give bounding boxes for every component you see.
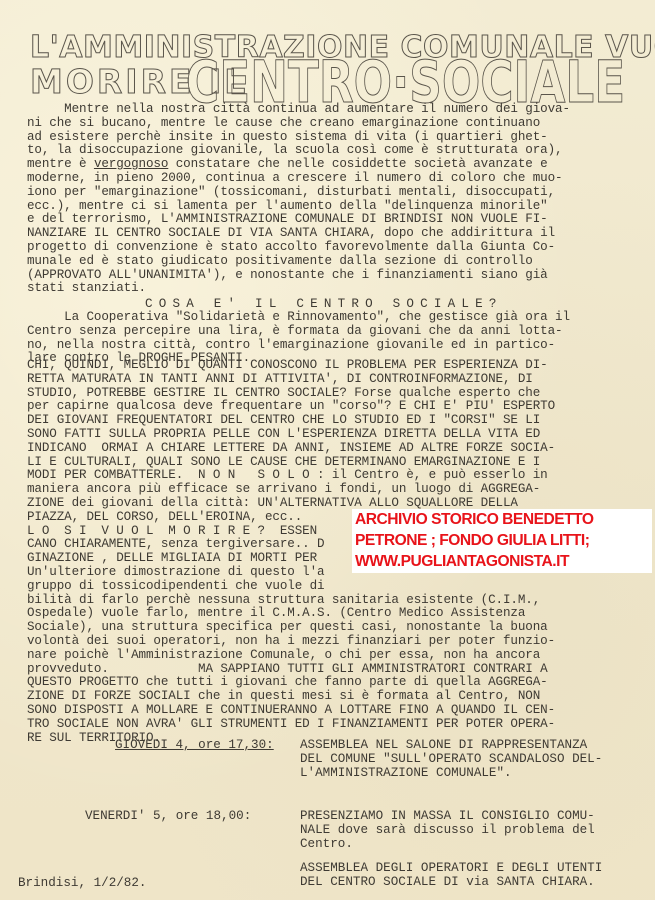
text-line: L'AMMINISTRAZIONE COMUNALE". bbox=[300, 767, 602, 781]
text-line: Centro senza percepire una lira, è forma… bbox=[27, 325, 637, 339]
text-line: PETRONE ; FONDO GIULIA LITTI; bbox=[355, 530, 652, 551]
text-line: per capirne qualcosa deve frequentare un… bbox=[27, 400, 637, 414]
text-line: Sociale), una struttura specifica per qu… bbox=[27, 621, 637, 635]
intro-paragraph: Mentre nella nostra città continua ad au… bbox=[27, 103, 637, 296]
text-line: La Cooperativa "Solidarietà e Rinnovamen… bbox=[27, 311, 637, 325]
text-line: ASSEMBLEA DEGLI OPERATORI E DEGLI UTENTI bbox=[300, 862, 602, 876]
text-line: CHI, QUINDI, MEGLIO DI QUANTI CONOSCONO … bbox=[27, 359, 637, 373]
text-line: TRO SOCIALE NON AVRA' GLI STRUMENTI ED I… bbox=[27, 718, 637, 732]
text-line: nare poichè l'Amministrazione Comunale, … bbox=[27, 649, 637, 663]
text-line: stati stanziati. bbox=[27, 282, 637, 296]
text-line: ASSEMBLEA NEL SALONE DI RAPPRESENTANZA bbox=[300, 739, 602, 753]
text-line: progetto di convenzione è stato accolto … bbox=[27, 241, 637, 255]
text-line: no, nella nostra città, contro l'emargin… bbox=[27, 339, 637, 353]
underlined-word: vergognoso bbox=[94, 157, 168, 171]
event-3-description: ASSEMBLEA DEGLI OPERATORI E DEGLI UTENTI… bbox=[300, 862, 602, 890]
signoff-date: Brindisi, 1/2/82. bbox=[18, 876, 146, 890]
text-line: to, la disoccupazione giovanile, la scuo… bbox=[27, 144, 637, 158]
text-line: RETTA MATURATA IN TANTI ANNI DI ATTIVITA… bbox=[27, 373, 637, 387]
text-line: MODI PER COMBATTERLE. N O N S O L O : il… bbox=[27, 469, 637, 483]
text-line: munale ed è stato giudicato positivament… bbox=[27, 255, 637, 269]
text-line: moderne, in pieno 2000, continua a cresc… bbox=[27, 172, 637, 186]
text-line: ARCHIVIO STORICO BENEDETTO bbox=[355, 509, 652, 530]
text-line: DEL CENTRO SOCIALE DI via SANTA CHIARA. bbox=[300, 876, 602, 890]
event-2-description: PRESENZIAMO IN MASSA IL CONSIGLIO COMU-N… bbox=[300, 810, 595, 851]
text-line: PRESENZIAMO IN MASSA IL CONSIGLIO COMU- bbox=[300, 810, 595, 824]
text-line: Centro. bbox=[300, 838, 595, 852]
text-line: LI E CULTURALI, QUALI SONO LE CAUSE CHE … bbox=[27, 456, 637, 470]
text-line: ni che si bucano, mentre le cause che cr… bbox=[27, 117, 637, 131]
text-line: bilità di farlo perchè nessuna struttura… bbox=[27, 594, 637, 608]
text-line: e del terrorismo, L'AMMINISTRAZIONE COMU… bbox=[27, 213, 637, 227]
text-line: Mentre nella nostra città continua ad au… bbox=[27, 103, 637, 117]
text-line: iono per "emarginazione" (tossicomani, d… bbox=[27, 186, 637, 200]
text-line: NANZIARE IL CENTRO SOCIALE DI VIA SANTA … bbox=[27, 227, 637, 241]
text-line: STUDIO, POTREBBE GESTIRE IL CENTRO SOCIA… bbox=[27, 387, 637, 401]
text-line: ZIONE DI FORZE SOCIALI che in questi mes… bbox=[27, 690, 637, 704]
text-line: gruppo di tossicodipendenti che vuole di bbox=[27, 580, 637, 594]
text-line: Ospedale) vuole farlo, mentre il C.M.A.S… bbox=[27, 607, 637, 621]
text-line: WWW.PUGLIANTAGONISTA.IT bbox=[355, 551, 652, 572]
text-line: DEI GIOVANI FREQUENTATORI DEL CENTRO CHE… bbox=[27, 414, 637, 428]
text-line: volontà dei suoi operatori, non ha i mez… bbox=[27, 635, 637, 649]
text-line: QUESTO PROGETTO che tutti i giovani che … bbox=[27, 676, 637, 690]
text-line: SONO DISPOSTI A MOLLARE E CONTINUERANNO … bbox=[27, 704, 637, 718]
text-line: maniera ancora più efficace se arrivano … bbox=[27, 483, 637, 497]
text-line: mentre è vergognoso constatare che nelle… bbox=[27, 158, 637, 172]
event-1-description: ASSEMBLEA NEL SALONE DI RAPPRESENTANZADE… bbox=[300, 739, 602, 780]
event-2-when: VENERDI' 5, ore 18,00: bbox=[85, 810, 251, 824]
text-line: provveduto. MA SAPPIANO TUTTI GLI AMMINI… bbox=[27, 663, 637, 677]
text-line: (APPROVATO ALL'UNANIMITA'), e nonostante… bbox=[27, 269, 637, 283]
event-1-when: GIOVEDI 4, ore 17,30: bbox=[115, 739, 274, 753]
archive-watermark: ARCHIVIO STORICO BENEDETTOPETRONE ; FOND… bbox=[352, 509, 652, 573]
section-title: COSA E' IL CENTRO SOCIALE? bbox=[145, 297, 503, 311]
text-line: NALE dove sarà discusso il problema del bbox=[300, 824, 595, 838]
text-line: ecc.), mentre ci si lamenta per l'aument… bbox=[27, 200, 637, 214]
text-line: ad esistere perchè insite in questo sist… bbox=[27, 131, 637, 145]
text-line: INDICANO ORMAI A CHIARE LETTERE DA ANNI,… bbox=[27, 442, 637, 456]
text-line: SONO FATTI SULLA PROPRIA PELLE CON L'ESP… bbox=[27, 428, 637, 442]
text-line: DEL COMUNE "SULL'OPERATO SCANDALOSO DEL- bbox=[300, 753, 602, 767]
